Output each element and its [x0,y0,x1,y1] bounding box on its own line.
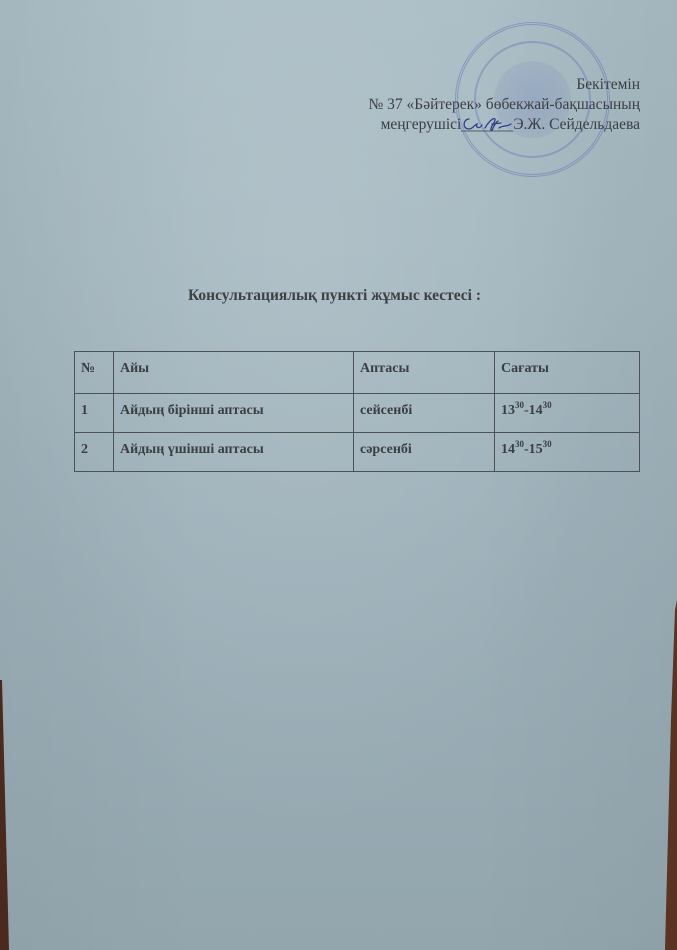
time-start-minutes: 30 [515,400,524,410]
approval-name: Э.Ж. Сейдельдаева [513,116,640,133]
time-start-hour: 13 [501,403,515,418]
cell-number: 1 [75,394,114,433]
cell-number: 2 [75,433,114,472]
cell-month: Айдың бірінші аптасы [114,394,354,433]
table-header-row: № Айы Аптасы Сағаты [75,352,640,394]
approval-position: меңгерушісі [381,116,462,133]
schedule-table: № Айы Аптасы Сағаты 1 Айдың бірінші апта… [74,351,640,472]
table-row: 1 Айдың бірінші аптасы сейсенбі 1330-143… [75,394,640,433]
approval-signatory: меңгерушісі Э.Ж. Сейдельдаева [369,115,641,135]
cell-hours: 1330-1430 [495,394,640,433]
table-row: 2 Айдың үшінші аптасы сәрсенбі 1430-1530 [75,433,640,472]
signature-icon [461,115,513,133]
header-weekday: Аптасы [354,352,495,394]
cell-month: Айдың үшінші аптасы [114,433,354,472]
header-hours: Сағаты [495,352,640,394]
time-end-minutes: 30 [543,400,552,410]
time-start-hour: 14 [501,442,515,457]
document-title: Консультациялық пункті жұмыс кестесі : [0,287,677,305]
approval-heading: Бекітемін [369,75,641,95]
time-end-hour: 14 [529,403,543,418]
cell-hours: 1430-1530 [495,433,640,472]
approval-organization: № 37 «Бәйтерек» бөбекжай-бақшасының [369,95,641,115]
header-number: № [75,352,114,394]
time-start-minutes: 30 [515,439,524,449]
time-end-hour: 15 [529,442,543,457]
approval-block: Бекітемін № 37 «Бәйтерек» бөбекжай-бақша… [369,75,641,135]
cell-weekday: сейсенбі [354,394,495,433]
cell-weekday: сәрсенбі [354,433,495,472]
header-month: Айы [114,352,354,394]
time-end-minutes: 30 [543,439,552,449]
